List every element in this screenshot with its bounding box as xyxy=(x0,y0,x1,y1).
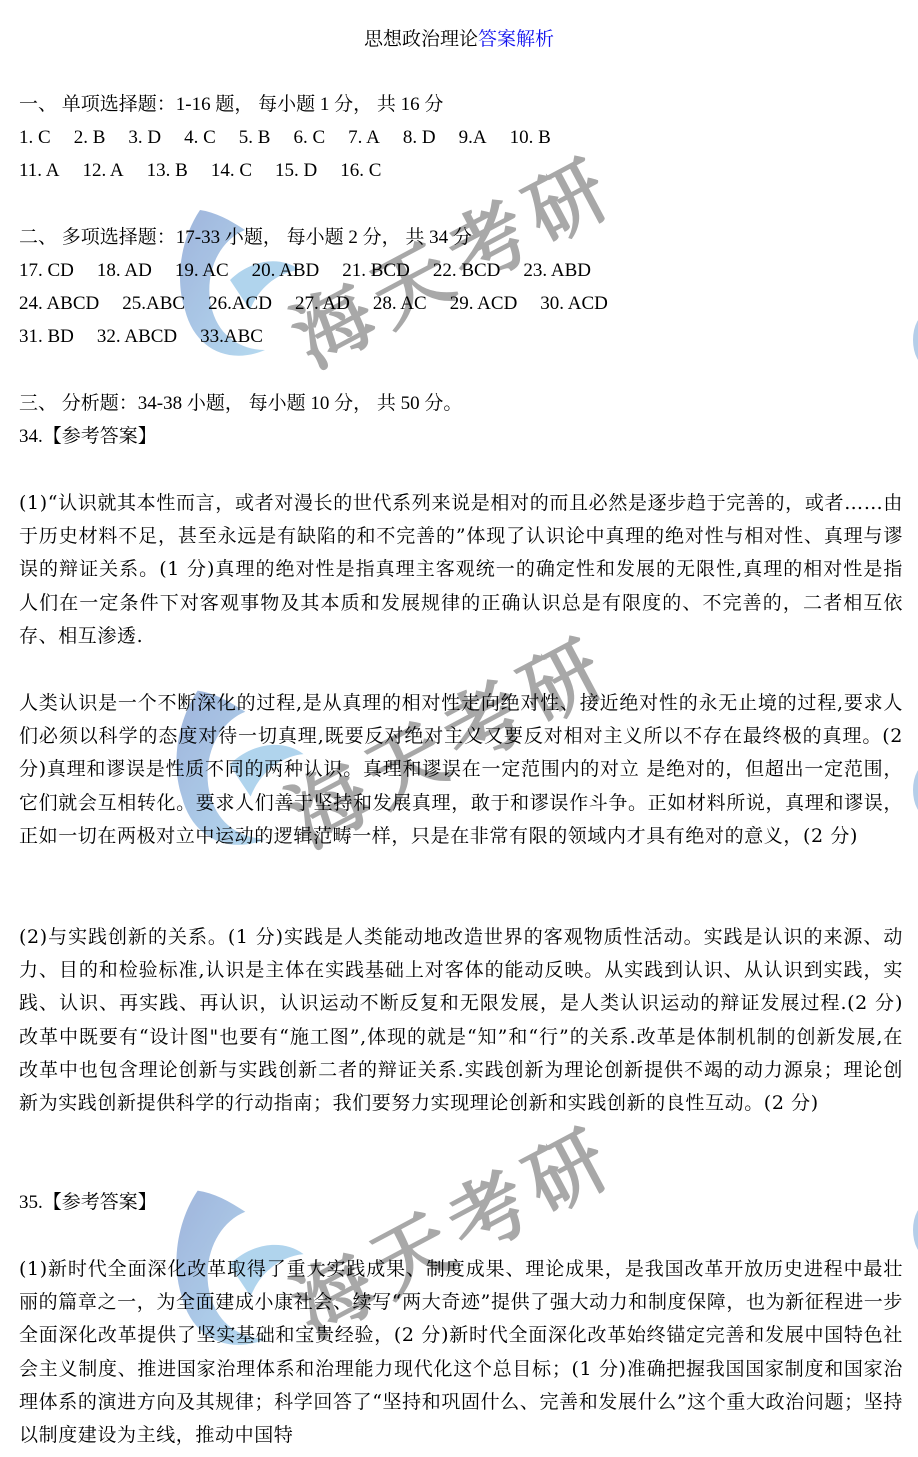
answer-item: 30. ACD xyxy=(540,293,608,314)
answer-item: 24. ABCD xyxy=(19,293,99,314)
answer-item: 28. AC xyxy=(373,293,427,314)
answer-item: 16. C xyxy=(340,160,381,181)
answer-item: 27. AD xyxy=(295,293,350,314)
title-highlight: 答案解析 xyxy=(478,28,554,50)
title-main: 思想政治理论 xyxy=(364,28,478,50)
answer-item: 5. B xyxy=(239,127,271,148)
answer-item: 23. ABD xyxy=(523,260,591,281)
answer-row: 1. C2. B3. D4. C5. B6. C7. A8. D9.A10. B xyxy=(19,125,574,151)
answer-item: 4. C xyxy=(184,127,216,148)
answer-item: 2. B xyxy=(74,127,106,148)
answer-item: 33.ABC xyxy=(200,326,263,347)
answer-row: 31. BD32. ABCD33.ABC xyxy=(19,324,286,350)
answer-item: 12. A xyxy=(82,160,123,181)
q34-paragraph-1: (1)“认识就其本性而言，或者对漫长的世代系列来说是相对的而且必然是逐步趋于完善… xyxy=(19,487,903,653)
answer-item: 26.ACD xyxy=(208,293,272,314)
haitian-swirl-logo-icon xyxy=(905,310,918,370)
answer-row: 24. ABCD25.ABC26.ACD27. AD28. AC29. ACD3… xyxy=(19,291,631,317)
q34-label: 34.【参考答案】 xyxy=(19,424,157,450)
section1-heading: 一、 单项选择题：1-16 题， 每小题 1 分， 共 16 分 xyxy=(19,92,443,118)
q34-paragraph-3: (2)与实践创新的关系。(1 分)实践是人类能动地改造世界的客观物质性活动。实践… xyxy=(19,921,903,1120)
answer-item: 32. ABCD xyxy=(97,326,177,347)
answer-item: 13. B xyxy=(147,160,188,181)
document-title: 思想政治理论答案解析 xyxy=(0,26,918,52)
answer-item: 15. D xyxy=(275,160,317,181)
answer-item: 29. ACD xyxy=(450,293,518,314)
answer-item: 21. BCD xyxy=(342,260,410,281)
answer-item: 17. CD xyxy=(19,260,74,281)
answer-item: 31. BD xyxy=(19,326,74,347)
answer-row: 17. CD18. AD19. AC20. ABD21. BCD22. BCD2… xyxy=(19,258,614,284)
q35-label: 35.【参考答案】 xyxy=(19,1190,157,1216)
answer-item: 10. B xyxy=(510,127,551,148)
q35-paragraph-1: (1)新时代全面深化改革取得了重大实践成果、制度成果、理论成果，是我国改革开放历… xyxy=(19,1253,903,1452)
answer-item: 8. D xyxy=(403,127,436,148)
answer-item: 18. AD xyxy=(97,260,152,281)
haitian-swirl-logo-icon xyxy=(905,1200,918,1260)
answer-item: 6. C xyxy=(293,127,325,148)
answer-item: 19. AC xyxy=(175,260,229,281)
section3-heading: 三、 分析题：34-38 小题， 每小题 10 分， 共 50 分。 xyxy=(19,391,462,417)
answer-item: 7. A xyxy=(348,127,380,148)
answer-item: 3. D xyxy=(128,127,161,148)
q34-paragraph-2: 人类认识是一个不断深化的过程,是从真理的相对性走向绝对性、接近绝对性的永无止境的… xyxy=(19,687,903,853)
section2-heading: 二、 多项选择题：17-33 小题， 每小题 2 分， 共 34 分 xyxy=(19,225,472,251)
answer-row: 11. A12. A13. B14. C15. D16. C xyxy=(19,158,404,184)
answer-item: 11. A xyxy=(19,160,59,181)
answer-item: 1. C xyxy=(19,127,51,148)
answer-item: 25.ABC xyxy=(122,293,185,314)
answer-item: 9.A xyxy=(459,127,487,148)
answer-item: 20. ABD xyxy=(252,260,320,281)
haitian-swirl-logo-icon xyxy=(905,760,918,820)
answer-item: 14. C xyxy=(211,160,252,181)
answer-item: 22. BCD xyxy=(433,260,501,281)
